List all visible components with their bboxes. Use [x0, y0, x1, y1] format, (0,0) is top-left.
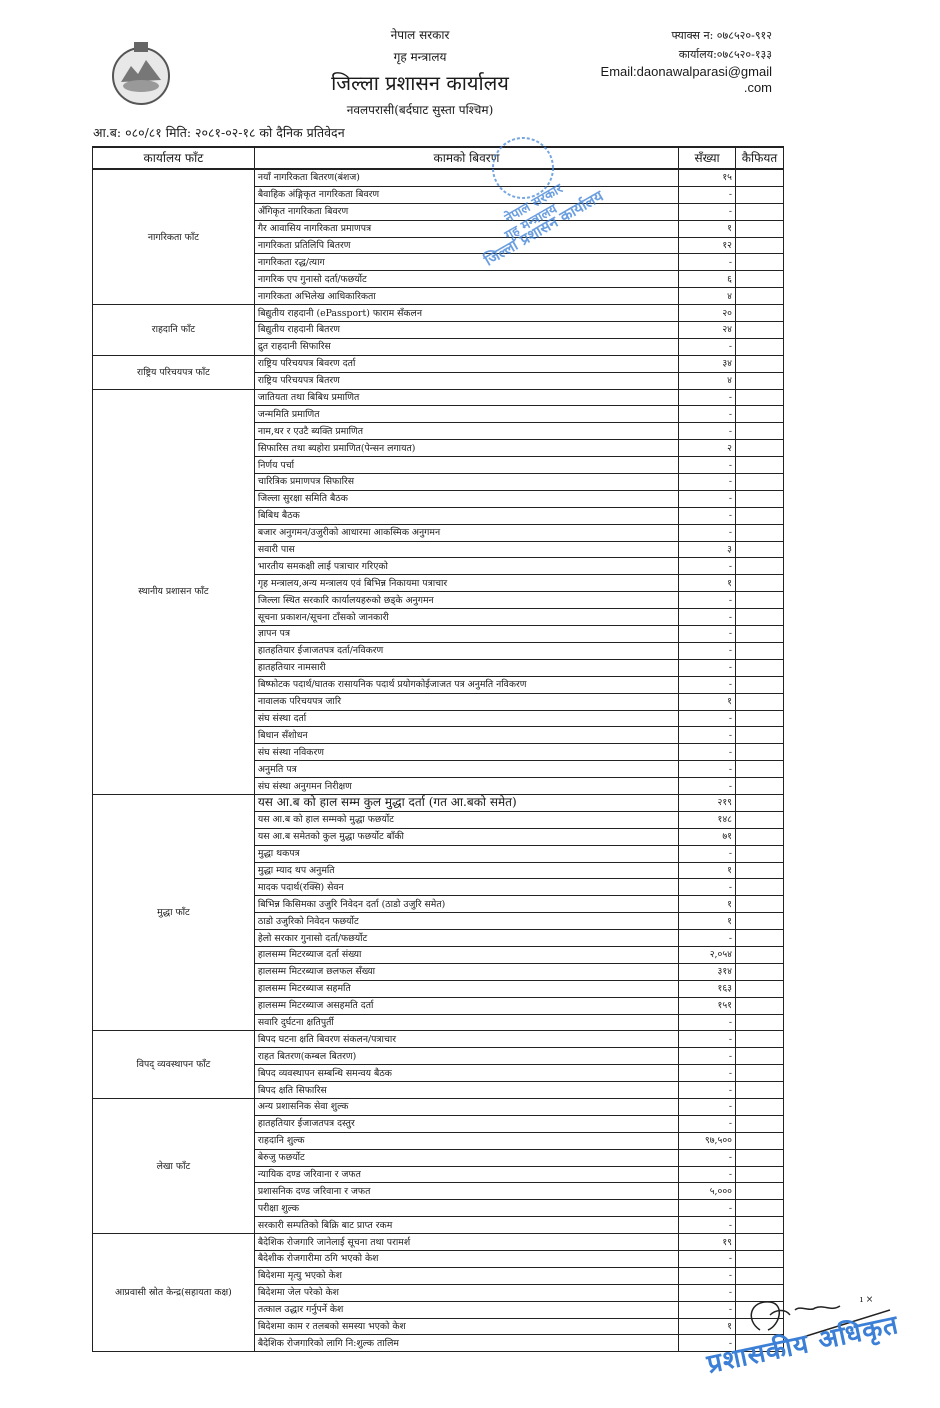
work-count: - [679, 1115, 736, 1132]
table-row: आप्रवासी स्रोत केन्द्र(सहायता कक्ष)बैदेश… [93, 1234, 784, 1251]
section-name: राहदानि फाँट [93, 305, 255, 356]
work-count: - [679, 558, 736, 575]
ministry-name: गृह मन्त्रालय [270, 46, 570, 68]
work-count: - [679, 1031, 736, 1048]
remarks-cell [736, 440, 784, 457]
remarks-cell [736, 220, 784, 237]
work-description: नावालक परिचयपत्र जारि [254, 693, 678, 710]
remarks-cell [736, 1115, 784, 1132]
work-count: - [679, 778, 736, 795]
remarks-cell [736, 997, 784, 1014]
section-name: आप्रवासी स्रोत केन्द्र(सहायता कक्ष) [93, 1234, 255, 1352]
nepal-emblem-icon [106, 38, 176, 108]
col-header-count: सँख्या [679, 147, 736, 169]
work-description: हालसम्म मिटरब्याज सहमति [254, 980, 678, 997]
work-description: बजार अनुगमन/उजुरीको आधारमा आकस्मिक अनुगम… [254, 524, 678, 541]
remarks-cell [736, 389, 784, 406]
work-count: - [679, 1301, 736, 1318]
work-count: २१९ [679, 794, 736, 811]
work-description: नागरिकता रद्ध/त्याग [254, 254, 678, 271]
svg-text:ı ×: ı × [860, 1295, 873, 1305]
office-name: जिल्ला प्रशासन कार्यालय [270, 68, 570, 98]
remarks-cell [736, 524, 784, 541]
work-count: २४ [679, 322, 736, 339]
table-row: राहदानि फाँटबिद्युतीय राहदानी (ePassport… [93, 305, 784, 322]
work-count: १ [679, 693, 736, 710]
work-description: हेलो सरकार गुनासो दर्ता/फछर्योट [254, 930, 678, 947]
office-phone: कार्यालय:०७८५२०-१३३ [601, 45, 772, 64]
work-description: नागरिकता अभिलेख आधिकारिकता [254, 288, 678, 305]
table-row: स्थानीय प्रशासन फाँटजातियता तथा बिबिध प्… [93, 389, 784, 406]
table-row: राष्ट्रिय परिचयपत्र फाँटराष्ट्रिय परिचयप… [93, 355, 784, 372]
work-count: - [679, 406, 736, 423]
work-description: सिफारिस तथा ब्यहोरा प्रमाणित(पेन्सन लगाय… [254, 440, 678, 457]
work-count: - [679, 1200, 736, 1217]
remarks-cell [736, 896, 784, 913]
work-description: हातहतियार नामसारी [254, 659, 678, 676]
work-count: ३१४ [679, 963, 736, 980]
work-count: - [679, 1267, 736, 1284]
work-count: - [679, 338, 736, 355]
work-count: - [679, 524, 736, 541]
report-title: आ.ब: ०८०/८१ मिति: २०८१-०२-१८ को दैनिक प्… [93, 124, 345, 141]
remarks-cell [736, 406, 784, 423]
work-count: - [679, 457, 736, 474]
work-description: राष्ट्रिय परिचयपत्र बिवरण दर्ता [254, 355, 678, 372]
fax-number: फ्याक्स न: ०७८५२०-९१२ [601, 26, 772, 45]
work-description: अनुमति पत्र [254, 761, 678, 778]
section-name: नागरिकता फाँट [93, 169, 255, 305]
work-count: १ [679, 913, 736, 930]
work-count: ४ [679, 288, 736, 305]
work-description: मादक पदार्थ(रक्सि) सेवन [254, 879, 678, 896]
letterhead: नेपाल सरकार गृह मन्त्रालय जिल्ला प्रशासन… [270, 22, 570, 122]
work-description: संघ संस्था दर्ता [254, 710, 678, 727]
office-location: नवलपरासी(बर्दघाट सुस्ता पश्चिम) [270, 98, 570, 122]
work-count: - [679, 761, 736, 778]
work-description: नयाँ नागरिकता बितरण(बंशज) [254, 169, 678, 186]
work-count: १९ [679, 1234, 736, 1251]
col-header-description: कामको बिवरण [254, 147, 678, 169]
remarks-cell [736, 930, 784, 947]
work-description: बिभिन्न किसिमका उजुरि निवेदन दर्ता (ठाडो… [254, 896, 678, 913]
work-count: ७१ [679, 828, 736, 845]
work-count: १ [679, 1318, 736, 1335]
work-description: हालसम्म मिटरब्याज छलफल सँख्या [254, 963, 678, 980]
work-description: बिदेशमा मृत्यु भएको केश [254, 1267, 678, 1284]
work-count: - [679, 659, 736, 676]
remarks-cell [736, 254, 784, 271]
work-description: बिदेशमा काम र तलबको समस्या भएको केश [254, 1318, 678, 1335]
work-count: - [679, 1082, 736, 1099]
remarks-cell [736, 1014, 784, 1031]
remarks-cell [736, 322, 784, 339]
work-description: न्यायिक दण्ड जरिवाना र जफत [254, 1166, 678, 1183]
work-description: राहदानि शुल्क [254, 1132, 678, 1149]
work-count: १ [679, 220, 736, 237]
remarks-cell [736, 761, 784, 778]
remarks-cell [736, 372, 784, 389]
work-description: बैदेशिक रोजगारि जानेलाई सूचना तथा परामर्… [254, 1234, 678, 1251]
remarks-cell [736, 1065, 784, 1082]
remarks-cell [736, 642, 784, 659]
work-description: बिबिध बैठक [254, 507, 678, 524]
work-count: १५ [679, 169, 736, 186]
remarks-cell [736, 845, 784, 862]
col-header-remarks: कैफियत [736, 147, 784, 169]
remarks-cell [736, 676, 784, 693]
remarks-cell [736, 592, 784, 609]
remarks-cell [736, 203, 784, 220]
work-count: - [679, 592, 736, 609]
remarks-cell [736, 693, 784, 710]
work-description: बिष्फोटक पदार्थ/घातक रासायनिक पदार्थ प्र… [254, 676, 678, 693]
remarks-cell [736, 1217, 784, 1234]
remarks-cell [736, 355, 784, 372]
work-description: बैदेशीक रोजगारीमा ठगि भएको केश [254, 1251, 678, 1268]
remarks-cell [736, 423, 784, 440]
daily-report-table: कार्यालय फाँट कामको बिवरण सँख्या कैफियत … [92, 146, 784, 1352]
remarks-cell [736, 1166, 784, 1183]
remarks-cell [736, 1183, 784, 1200]
email-line-2: .com [601, 80, 772, 96]
work-description: बैदेशिक रोजगारिको लागि नि:शुल्क तालिम [254, 1335, 678, 1352]
remarks-cell [736, 1132, 784, 1149]
work-count: २० [679, 305, 736, 322]
remarks-cell [736, 1251, 784, 1268]
work-count: - [679, 1065, 736, 1082]
work-count: - [679, 1251, 736, 1268]
work-count: - [679, 676, 736, 693]
work-count: - [679, 423, 736, 440]
work-description: बिदेशमा जेल परेको केश [254, 1284, 678, 1301]
work-description: हालसम्म मिटरब्याज दर्ता संख्या [254, 946, 678, 963]
work-count: - [679, 609, 736, 626]
work-description: मुद्धा म्याद थप अनुमति [254, 862, 678, 879]
work-count: - [679, 186, 736, 203]
remarks-cell [736, 558, 784, 575]
work-count: - [679, 1098, 736, 1115]
work-count: १ [679, 575, 736, 592]
work-description: राहत बितरण(कम्बल बितरण) [254, 1048, 678, 1065]
work-count: १४८ [679, 811, 736, 828]
work-description: संघ संस्था नविकरण [254, 744, 678, 761]
work-count: - [679, 930, 736, 947]
work-description: बिपद घटना क्षति बिवरण संकलन/पत्राचार [254, 1031, 678, 1048]
work-description: राष्ट्रिय परिचयपत्र बितरण [254, 372, 678, 389]
remarks-cell [736, 626, 784, 643]
work-count: - [679, 1166, 736, 1183]
remarks-cell [736, 1098, 784, 1115]
work-description: सवारि दुर्घटना क्षतिपुर्ती [254, 1014, 678, 1031]
remarks-cell [736, 1082, 784, 1099]
table-row: नागरिकता फाँटनयाँ नागरिकता बितरण(बंशज)१५ [93, 169, 784, 186]
work-count: - [679, 203, 736, 220]
remarks-cell [736, 794, 784, 811]
remarks-cell [736, 913, 784, 930]
work-description: चारित्रिक प्रमाणपत्र सिफारिस [254, 474, 678, 491]
work-count: ३४ [679, 355, 736, 372]
work-description: यस आ.ब को हाल सम्म कुल मुद्धा दर्ता (गत … [254, 794, 678, 811]
work-description: तत्काल उद्धार गर्नुपर्ने केश [254, 1301, 678, 1318]
work-count: - [679, 1284, 736, 1301]
work-description: गैर आवासिय नागरिकता प्रमाणपत्र [254, 220, 678, 237]
work-count: - [679, 744, 736, 761]
remarks-cell [736, 1031, 784, 1048]
work-count: - [679, 642, 736, 659]
work-count: १ [679, 896, 736, 913]
remarks-cell [736, 710, 784, 727]
remarks-cell [736, 879, 784, 896]
work-count: १२ [679, 237, 736, 254]
work-count: १ [679, 862, 736, 879]
remarks-cell [736, 541, 784, 558]
work-description: ठाडो उजुरिको निवेदन फछर्योट [254, 913, 678, 930]
remarks-cell [736, 457, 784, 474]
work-count: ६ [679, 271, 736, 288]
work-description: यस आ.ब समेतको कुल मुद्धा फछर्योट बाँकी [254, 828, 678, 845]
work-description: नाम,थर र एउटै ब्यक्ति प्रमाणित [254, 423, 678, 440]
table-body: नागरिकता फाँटनयाँ नागरिकता बितरण(बंशज)१५… [93, 169, 784, 1352]
work-count: - [679, 710, 736, 727]
work-description: बैवाहिक अंङ्गिकृत नागरिकता बिवरण [254, 186, 678, 203]
remarks-cell [736, 963, 784, 980]
work-count: - [679, 626, 736, 643]
remarks-cell [736, 811, 784, 828]
remarks-cell [736, 271, 784, 288]
work-description: नागरिक एप गुनासो दर्ता/फछर्योट [254, 271, 678, 288]
remarks-cell [736, 575, 784, 592]
work-count: १५१ [679, 997, 736, 1014]
work-description: यस आ.ब को हाल सम्मको मुद्धा फछर्योट [254, 811, 678, 828]
work-count: २,०५४ [679, 946, 736, 963]
work-count: - [679, 254, 736, 271]
work-count: ४ [679, 372, 736, 389]
work-description: बिद्युतीय राहदानी बितरण [254, 322, 678, 339]
work-count: ३ [679, 541, 736, 558]
work-count: - [679, 474, 736, 491]
remarks-cell [736, 727, 784, 744]
section-name: स्थानीय प्रशासन फाँट [93, 389, 255, 794]
government-name: नेपाल सरकार [270, 24, 570, 46]
work-description: बिपद क्षति सिफारिस [254, 1082, 678, 1099]
work-count: - [679, 1048, 736, 1065]
work-description: सूचना प्रकाशन/सूचना टाँसको जानकारी [254, 609, 678, 626]
work-count: - [679, 879, 736, 896]
work-description: संघ संस्था अनुगमन निरीक्षण [254, 778, 678, 795]
remarks-cell [736, 1048, 784, 1065]
work-count: २ [679, 440, 736, 457]
work-description: बिपद व्यवस्थापन सम्बन्धि समन्वय बैठक [254, 1065, 678, 1082]
work-description: सरकारी सम्पतिको बिक्रि बाट प्राप्त रकम [254, 1217, 678, 1234]
work-description: जिल्ला सुरक्षा समिति बैठक [254, 490, 678, 507]
work-description: जन्ममिति प्रमाणित [254, 406, 678, 423]
table-header-row: कार्यालय फाँट कामको बिवरण सँख्या कैफियत [93, 147, 784, 169]
work-count: - [679, 1217, 736, 1234]
email-line-1: Email:daonawalparasi@gmail [601, 64, 772, 80]
remarks-cell [736, 186, 784, 203]
section-name: मुद्धा फाँट [93, 794, 255, 1030]
remarks-cell [736, 288, 784, 305]
work-description: हातहतियार ईजाजतपत्र दस्तुर [254, 1115, 678, 1132]
work-description: बेरुजु फछर्योट [254, 1149, 678, 1166]
remarks-cell [736, 237, 784, 254]
work-description: जातियता तथा बिबिध प्रमाणित [254, 389, 678, 406]
remarks-cell [736, 980, 784, 997]
remarks-cell [736, 946, 784, 963]
section-name: विपद् व्यवस्थापन फाँट [93, 1031, 255, 1099]
work-description: गृह मन्त्रालय,अन्य मन्त्रालय एवं बिभिन्न… [254, 575, 678, 592]
remarks-cell [736, 828, 784, 845]
table-row: मुद्धा फाँटयस आ.ब को हाल सम्म कुल मुद्धा… [93, 794, 784, 811]
work-description: निर्णय पर्चा [254, 457, 678, 474]
work-count: - [679, 507, 736, 524]
work-count: - [679, 1149, 736, 1166]
remarks-cell [736, 169, 784, 186]
work-description: परीक्षा शुल्क [254, 1200, 678, 1217]
work-count: १६३ [679, 980, 736, 997]
work-description: बिद्युतीय राहदानी (ePassport) फाराम सँकल… [254, 305, 678, 322]
work-description: बिधान सँशोधन [254, 727, 678, 744]
work-description: हालसम्म मिटरब्याज असहमति दर्ता [254, 997, 678, 1014]
remarks-cell [736, 1149, 784, 1166]
remarks-cell [736, 778, 784, 795]
work-count: - [679, 1014, 736, 1031]
remarks-cell [736, 1234, 784, 1251]
remarks-cell [736, 507, 784, 524]
work-description: द्रुत राहदानी सिफारिस [254, 338, 678, 355]
remarks-cell [736, 474, 784, 491]
work-description: अन्य प्रशासनिक सेवा शुल्क [254, 1098, 678, 1115]
remarks-cell [736, 862, 784, 879]
work-count: - [679, 727, 736, 744]
work-description: मुद्धा थकपत्र [254, 845, 678, 862]
remarks-cell [736, 1200, 784, 1217]
work-count: ९७,५०० [679, 1132, 736, 1149]
work-count: ५,००० [679, 1183, 736, 1200]
table-row: विपद् व्यवस्थापन फाँटबिपद घटना क्षति बिव… [93, 1031, 784, 1048]
col-header-section: कार्यालय फाँट [93, 147, 255, 169]
contact-info: फ्याक्स न: ०७८५२०-९१२ कार्यालय:०७८५२०-१३… [601, 26, 772, 96]
remarks-cell [736, 305, 784, 322]
work-description: प्रशासनिक दण्ड जरिवाना र जफत [254, 1183, 678, 1200]
work-description: भारतीय समकक्षी लाई पत्राचार गरिएको [254, 558, 678, 575]
work-description: जिल्ला स्थित सरकारि कार्यालयहरुको छड्के … [254, 592, 678, 609]
work-count: - [679, 845, 736, 862]
remarks-cell [736, 744, 784, 761]
work-description: अँगिकृत नागरिकता बिवरण [254, 203, 678, 220]
remarks-cell [736, 490, 784, 507]
work-count: - [679, 389, 736, 406]
work-description: ज्ञापन पत्र [254, 626, 678, 643]
work-description: सवारी पास [254, 541, 678, 558]
table-row: लेखा फाँटअन्य प्रशासनिक सेवा शुल्क- [93, 1098, 784, 1115]
remarks-cell [736, 609, 784, 626]
section-name: लेखा फाँट [93, 1098, 255, 1233]
section-name: राष्ट्रिय परिचयपत्र फाँट [93, 355, 255, 389]
work-description: नागरिकता प्रतिलिपि बितरण [254, 237, 678, 254]
remarks-cell [736, 1267, 784, 1284]
remarks-cell [736, 659, 784, 676]
work-count: - [679, 490, 736, 507]
remarks-cell [736, 338, 784, 355]
work-description: हातहतियार ईजाजतपत्र दर्ता/नविकरण [254, 642, 678, 659]
